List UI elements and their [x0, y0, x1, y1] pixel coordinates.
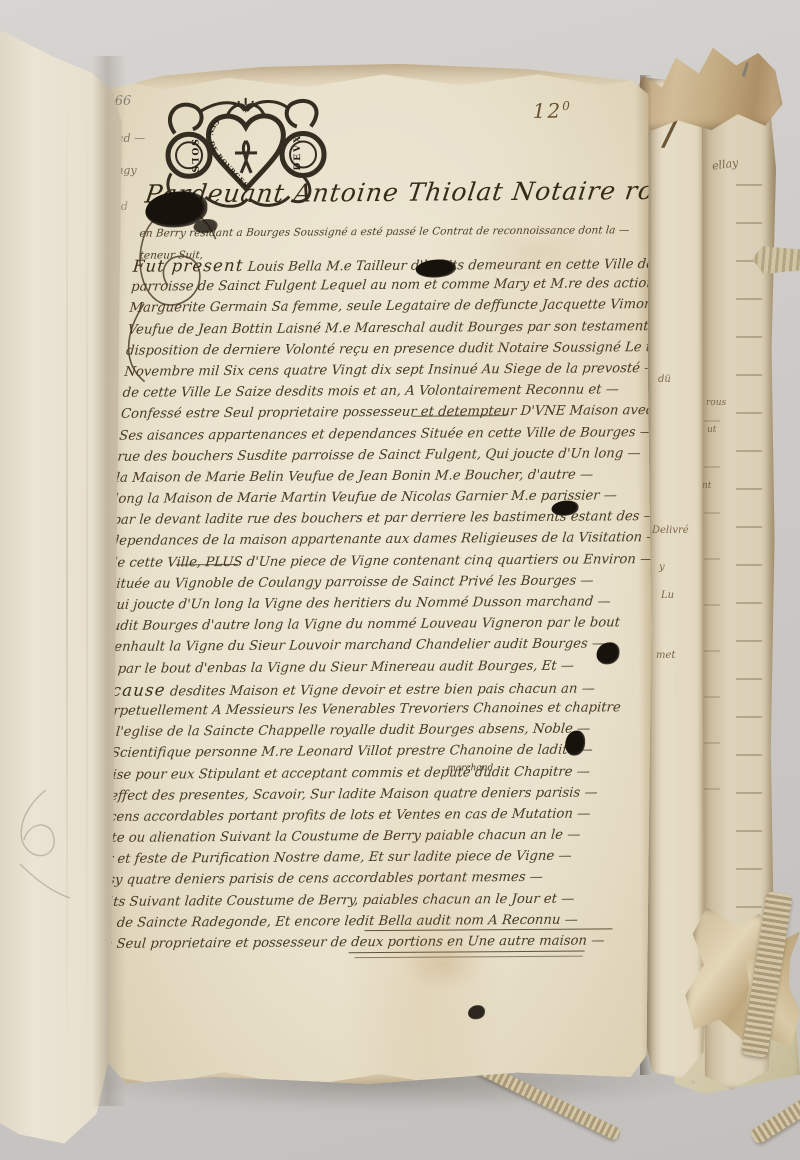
- stack-top-torn-flap: [631, 45, 784, 134]
- deed-heading: Pardeuant Antoine Thiolat Notaire royal: [143, 176, 667, 209]
- opening-words: Fut present: [132, 256, 244, 276]
- stack-text-fragment: met: [656, 650, 675, 661]
- body-line: dependances de la maison appartenante au…: [110, 528, 628, 553]
- torn-top-edge: [96, 62, 648, 92]
- folio-digits: 12: [533, 99, 563, 123]
- paper-crease: [66, 80, 68, 1060]
- stack-text-fragment: y: [659, 562, 665, 573]
- previous-leaf: [0, 20, 122, 1148]
- stack-text-fragment: dü: [658, 374, 671, 385]
- body-line: et Scientifique personne M.re Leonard Vi…: [93, 740, 611, 765]
- body-line: d'enhault la Vigne du Sieur Louvoir marc…: [101, 634, 619, 659]
- ink-speck-bottom: [468, 1005, 485, 1019]
- stack-text-fragment: Lu: [661, 590, 674, 601]
- body-line: Marguerite Germain Sa femme, seule Legat…: [129, 294, 647, 319]
- manuscript-page: 66 llaud — ulangy ffond 120: [96, 62, 655, 1094]
- pencil-scribble: [0, 780, 80, 910]
- body-line-text: desdites Maison et Vigne devoir et estre…: [169, 681, 595, 699]
- body-line: Confessé estre Seul proprietaire possess…: [120, 400, 638, 425]
- binding-cord-corner: [749, 1095, 800, 1146]
- stamp-denomination-right: DEVX: [293, 134, 303, 171]
- interlinear-insertion: marchand: [447, 763, 493, 773]
- deed-body-text: Fut present Louis Bella M.e Tailleur d'h…: [77, 252, 649, 955]
- stack-text-fragment: rous: [706, 398, 726, 408]
- body-line: Aussy quatre deniers parisis de cens acc…: [83, 867, 601, 892]
- stack-text-fragment: nt: [702, 481, 711, 491]
- stack-line-dashes: [736, 150, 762, 1030]
- foxing-stain: [402, 935, 486, 992]
- manuscript-photo: 7 ellay dü rous ut nt Delivré y Lu met 6…: [0, 0, 800, 1160]
- stack-text-fragment: Delivré: [652, 525, 689, 536]
- folio-superscript: 0: [562, 99, 572, 113]
- paper-crease-2: [86, 80, 88, 1060]
- folio-number: 120: [533, 99, 572, 123]
- stack-text-fragment: ut: [707, 425, 716, 435]
- stack-line-dashes-2: [704, 380, 720, 800]
